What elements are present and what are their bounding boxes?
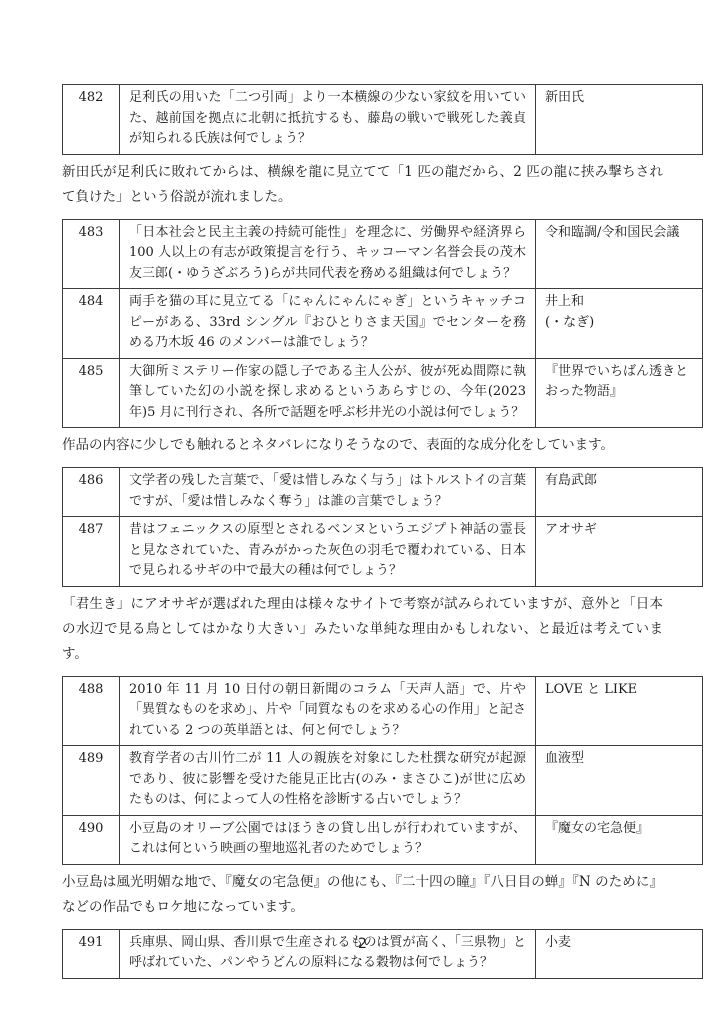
answer-text: 令和臨調/令和国民会議 — [536, 219, 703, 289]
question-number: 485 — [63, 358, 120, 428]
question-number: 488 — [63, 676, 120, 746]
question-number: 490 — [63, 815, 120, 864]
commentary-note: 小豆島は風光明媚な地で、『魔女の宅急便』の他にも、『二十四の瞳』『八日目の蝉』『… — [62, 870, 663, 920]
quiz-table: 488 2010 年 11 月 10 日付の朝日新聞のコラム「天声人語」で、片や… — [62, 676, 703, 865]
quiz-table: 482 足利氏の用いた「二つ引両」より一本横線の少ない家紋を用いていた、越前国を… — [62, 84, 703, 155]
question-text: 2010 年 11 月 10 日付の朝日新聞のコラム「天声人語」で、片や「異質な… — [120, 676, 536, 746]
table-row: 483 「日本社会と民主主義の持続可能性」を理念に、労働界や経済界ら 100 人… — [63, 219, 703, 289]
table-row: 482 足利氏の用いた「二つ引両」より一本横線の少ない家紋を用いていた、越前国を… — [63, 85, 703, 155]
question-text: 足利氏の用いた「二つ引両」より一本横線の少ない家紋を用いていた、越前国を拠点に北… — [120, 85, 536, 155]
question-text: 大御所ミステリー作家の隠し子である主人公が、彼が死ぬ間際に執筆していた幻の小説を… — [120, 358, 536, 428]
question-number: 484 — [63, 289, 120, 359]
question-text: 文学者の残した言葉で、「愛は惜しみなく与う」はトルストイの言葉ですが、「愛は惜し… — [120, 468, 536, 517]
answer-text: 血液型 — [536, 746, 703, 816]
question-text: 「日本社会と民主主義の持続可能性」を理念に、労働界や経済界ら 100 人以上の有… — [120, 219, 536, 289]
page-number: 2 — [62, 936, 663, 952]
question-text: 昔はフェニックスの原型とされるベンヌというエジプト神話の霊長と見なされていた、青… — [120, 517, 536, 587]
quiz-document-body: 482 足利氏の用いた「二つ引両」より一本横線の少ない家紋を用いていた、越前国を… — [62, 84, 663, 984]
answer-text: 井上和 (・なぎ) — [536, 289, 703, 359]
quiz-table: 486 文学者の残した言葉で、「愛は惜しみなく与う」はトルストイの言葉ですが、「… — [62, 467, 703, 587]
table-row: 485 大御所ミステリー作家の隠し子である主人公が、彼が死ぬ間際に執筆していた幻… — [63, 358, 703, 428]
document-page: 482 足利氏の用いた「二つ引両」より一本横線の少ない家紋を用いていた、越前国を… — [0, 0, 725, 1024]
answer-text: 『世界でいちばん透きとおった物語』 — [536, 358, 703, 428]
commentary-note: 作品の内容に少しでも触れるとネタバレになりそうなので、表面的な成分化をしています… — [62, 433, 663, 458]
question-text: 教育学者の古川竹二が 11 人の親族を対象にした杜撰な研究が起源であり、彼に影響… — [120, 746, 536, 816]
answer-text: 新田氏 — [536, 85, 703, 155]
question-text: 小豆島のオリーブ公園ではほうきの貸し出しが行われていますが、これは何という映画の… — [120, 815, 536, 864]
commentary-note: 「君生き」にアオサギが選ばれた理由は様々なサイトで考察が試みられていますが、意外… — [62, 592, 663, 667]
question-number: 487 — [63, 517, 120, 587]
quiz-table: 483 「日本社会と民主主義の持続可能性」を理念に、労働界や経済界ら 100 人… — [62, 219, 703, 429]
table-row: 490 小豆島のオリーブ公園ではほうきの貸し出しが行われていますが、これは何とい… — [63, 815, 703, 864]
question-number: 483 — [63, 219, 120, 289]
table-row: 488 2010 年 11 月 10 日付の朝日新聞のコラム「天声人語」で、片や… — [63, 676, 703, 746]
answer-text: 『魔女の宅急便』 — [536, 815, 703, 864]
table-row: 486 文学者の残した言葉で、「愛は惜しみなく与う」はトルストイの言葉ですが、「… — [63, 468, 703, 517]
answer-text: アオサギ — [536, 517, 703, 587]
table-row: 487 昔はフェニックスの原型とされるベンヌというエジプト神話の霊長と見なされて… — [63, 517, 703, 587]
question-number: 489 — [63, 746, 120, 816]
answer-text: 有島武郎 — [536, 468, 703, 517]
question-number: 486 — [63, 468, 120, 517]
question-text: 両手を猫の耳に見立てる「にゃんにゃんにゃぎ」というキャッチコピーがある、33rd… — [120, 289, 536, 359]
commentary-note: 新田氏が足利氏に敗れてからは、横線を龍に見立てて「1 匹の龍だから、2 匹の龍に… — [62, 160, 663, 210]
table-row: 489 教育学者の古川竹二が 11 人の親族を対象にした杜撰な研究が起源であり、… — [63, 746, 703, 816]
table-row: 484 両手を猫の耳に見立てる「にゃんにゃんにゃぎ」というキャッチコピーがある、… — [63, 289, 703, 359]
answer-text: LOVE と LIKE — [536, 676, 703, 746]
question-number: 482 — [63, 85, 120, 155]
